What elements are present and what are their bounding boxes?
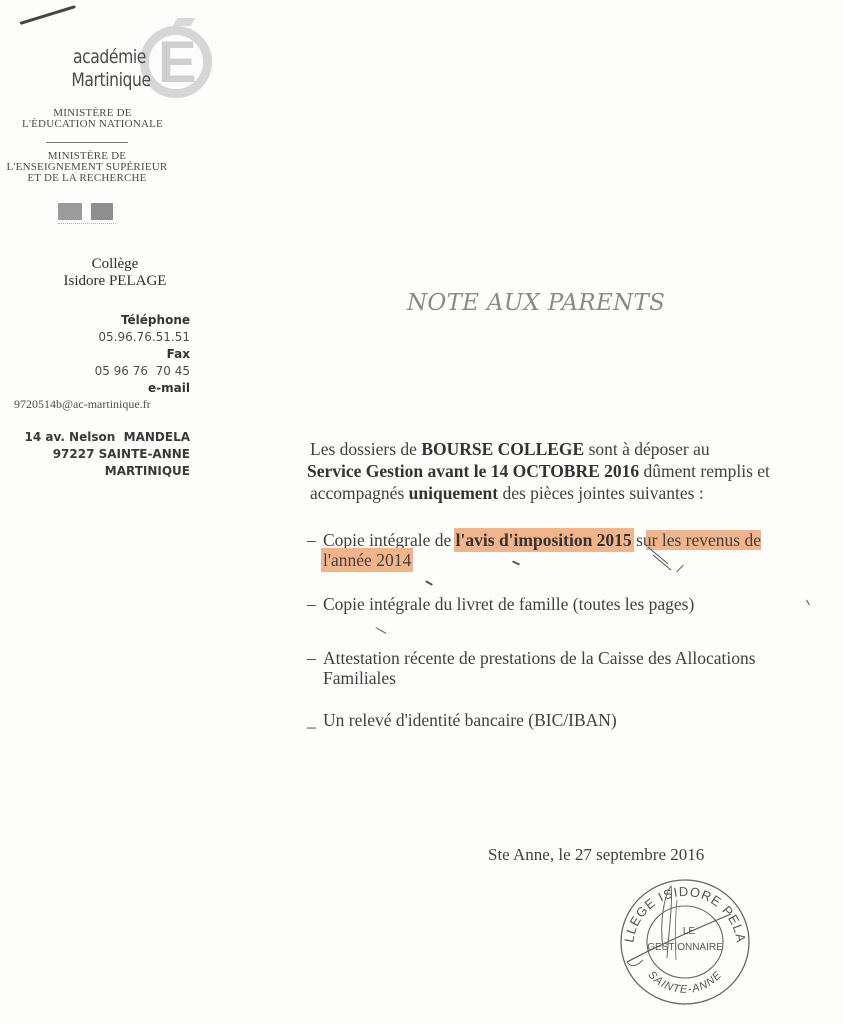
intro-text: accompagnés xyxy=(310,483,409,503)
svg-text:SAINTE-ANNE: SAINTE-ANNE xyxy=(645,969,724,996)
school-name-line-1: Collège xyxy=(30,256,200,273)
phone-number: 05.96.76.51.51 xyxy=(98,329,190,346)
svg-text:COLLEGE ISIDORE PELAGE: COLLEGE ISIDORE PELAGE xyxy=(613,870,749,944)
school-name: Collège Isidore PELAGE xyxy=(30,256,200,290)
intro-emphasis: BOURSE COLLEGE xyxy=(421,439,584,459)
stamp-top-text: COLLEGE ISIDORE PELAGE xyxy=(613,870,749,944)
list-item-text: Copie intégrale du livret de famille (to… xyxy=(323,594,694,614)
academie-logo: E académie Martinique xyxy=(28,12,188,104)
address-line-2: 97227 SAINTE-ANNE xyxy=(25,446,191,463)
intro-text: sont à déposer au xyxy=(584,439,709,459)
list-dash: _ xyxy=(307,710,323,730)
logo-line-2: Martinique xyxy=(71,69,150,92)
divider xyxy=(46,142,128,143)
logo-text: académie Martinique xyxy=(73,46,151,92)
page-title: NOTE AUX PARENTS xyxy=(407,290,665,316)
intro-text: Les dossiers de xyxy=(310,439,421,459)
stamp-center-line-2: GESTIONNAIRE xyxy=(647,942,723,953)
school-name-line-2: Isidore PELAGE xyxy=(30,273,200,290)
ministry-education: MINISTÈRE DE L'ÉDUCATION NATIONALE xyxy=(0,108,185,130)
official-stamp: COLLEGE ISIDORE PELAGE SAINTE-ANNE LE GE… xyxy=(613,870,757,1010)
list-item-text: Copie intégrale de xyxy=(323,530,456,550)
list-item-text: Un relevé d'identité bancaire (BIC/IBAN) xyxy=(323,710,617,730)
marianne-logo-icon xyxy=(58,203,116,229)
email-label: e-mail xyxy=(148,380,190,397)
list-item: –Copie intégrale du livret de famille (t… xyxy=(307,594,827,614)
ministry-higher-line-3: ET DE LA RECHERCHE xyxy=(0,173,182,184)
intro-paragraph: Les dossiers de BOURSE COLLEGE sont à dé… xyxy=(310,438,840,504)
address-line-1: 14 av. Nelson MANDELA xyxy=(25,429,191,446)
list-item-text: Attestation récente de prestations de la… xyxy=(323,648,756,668)
pen-mark xyxy=(425,580,433,586)
highlighted-text: l'année 2014 xyxy=(323,550,411,570)
list-dash: – xyxy=(307,648,323,668)
phone-label: Téléphone xyxy=(121,312,190,329)
list-item: _Un relevé d'identité bancaire (BIC/IBAN… xyxy=(307,710,827,730)
intro-text: des pièces jointes suivantes : xyxy=(498,483,704,503)
emblem-letter: E xyxy=(158,34,197,92)
logo-line-1: académie xyxy=(73,46,151,69)
ministry-education-line-2: L'ÉDUCATION NATIONALE xyxy=(0,119,185,130)
list-dash: – xyxy=(307,530,323,550)
school-address: 14 av. Nelson MANDELA 97227 SAINTE-ANNE … xyxy=(25,429,191,480)
fax-label: Fax xyxy=(167,346,190,363)
intro-text: dûment remplis et xyxy=(639,461,770,481)
list-item-text: sur les revenus de xyxy=(632,530,761,550)
highlighted-bold-text: l'avis d'imposition 2015 xyxy=(456,530,632,550)
ministry-higher-education: MINISTÈRE DE L'ENSEIGNEMENT SUPÉRIEUR ET… xyxy=(0,151,182,184)
list-item: –Attestation récente de prestations de l… xyxy=(307,648,827,688)
stamp-bottom-text: SAINTE-ANNE xyxy=(645,969,724,996)
list-item: –Copie intégrale de l'avis d'imposition … xyxy=(307,530,827,570)
pen-mark xyxy=(376,627,387,634)
address-line-3: MARTINIQUE xyxy=(25,463,191,480)
email-address: 9720514b@ac-martinique.fr xyxy=(14,397,151,412)
highlighted-text: l'avis d'imposition 2015 xyxy=(456,530,632,550)
list-item-text: Familiales xyxy=(307,668,827,688)
fax-number: 05 96 76 70 45 xyxy=(95,363,190,380)
stamp-seal-icon: COLLEGE ISIDORE PELAGE SAINTE-ANNE LE GE… xyxy=(613,870,757,1010)
place-and-date: Ste Anne, le 27 septembre 2016 xyxy=(488,845,704,865)
deadline-text: Service Gestion avant le 14 OCTOBRE 2016 xyxy=(307,461,639,481)
emblem-accent-icon xyxy=(173,18,196,26)
list-dash: – xyxy=(307,594,323,614)
intro-emphasis: uniquement xyxy=(409,483,498,503)
